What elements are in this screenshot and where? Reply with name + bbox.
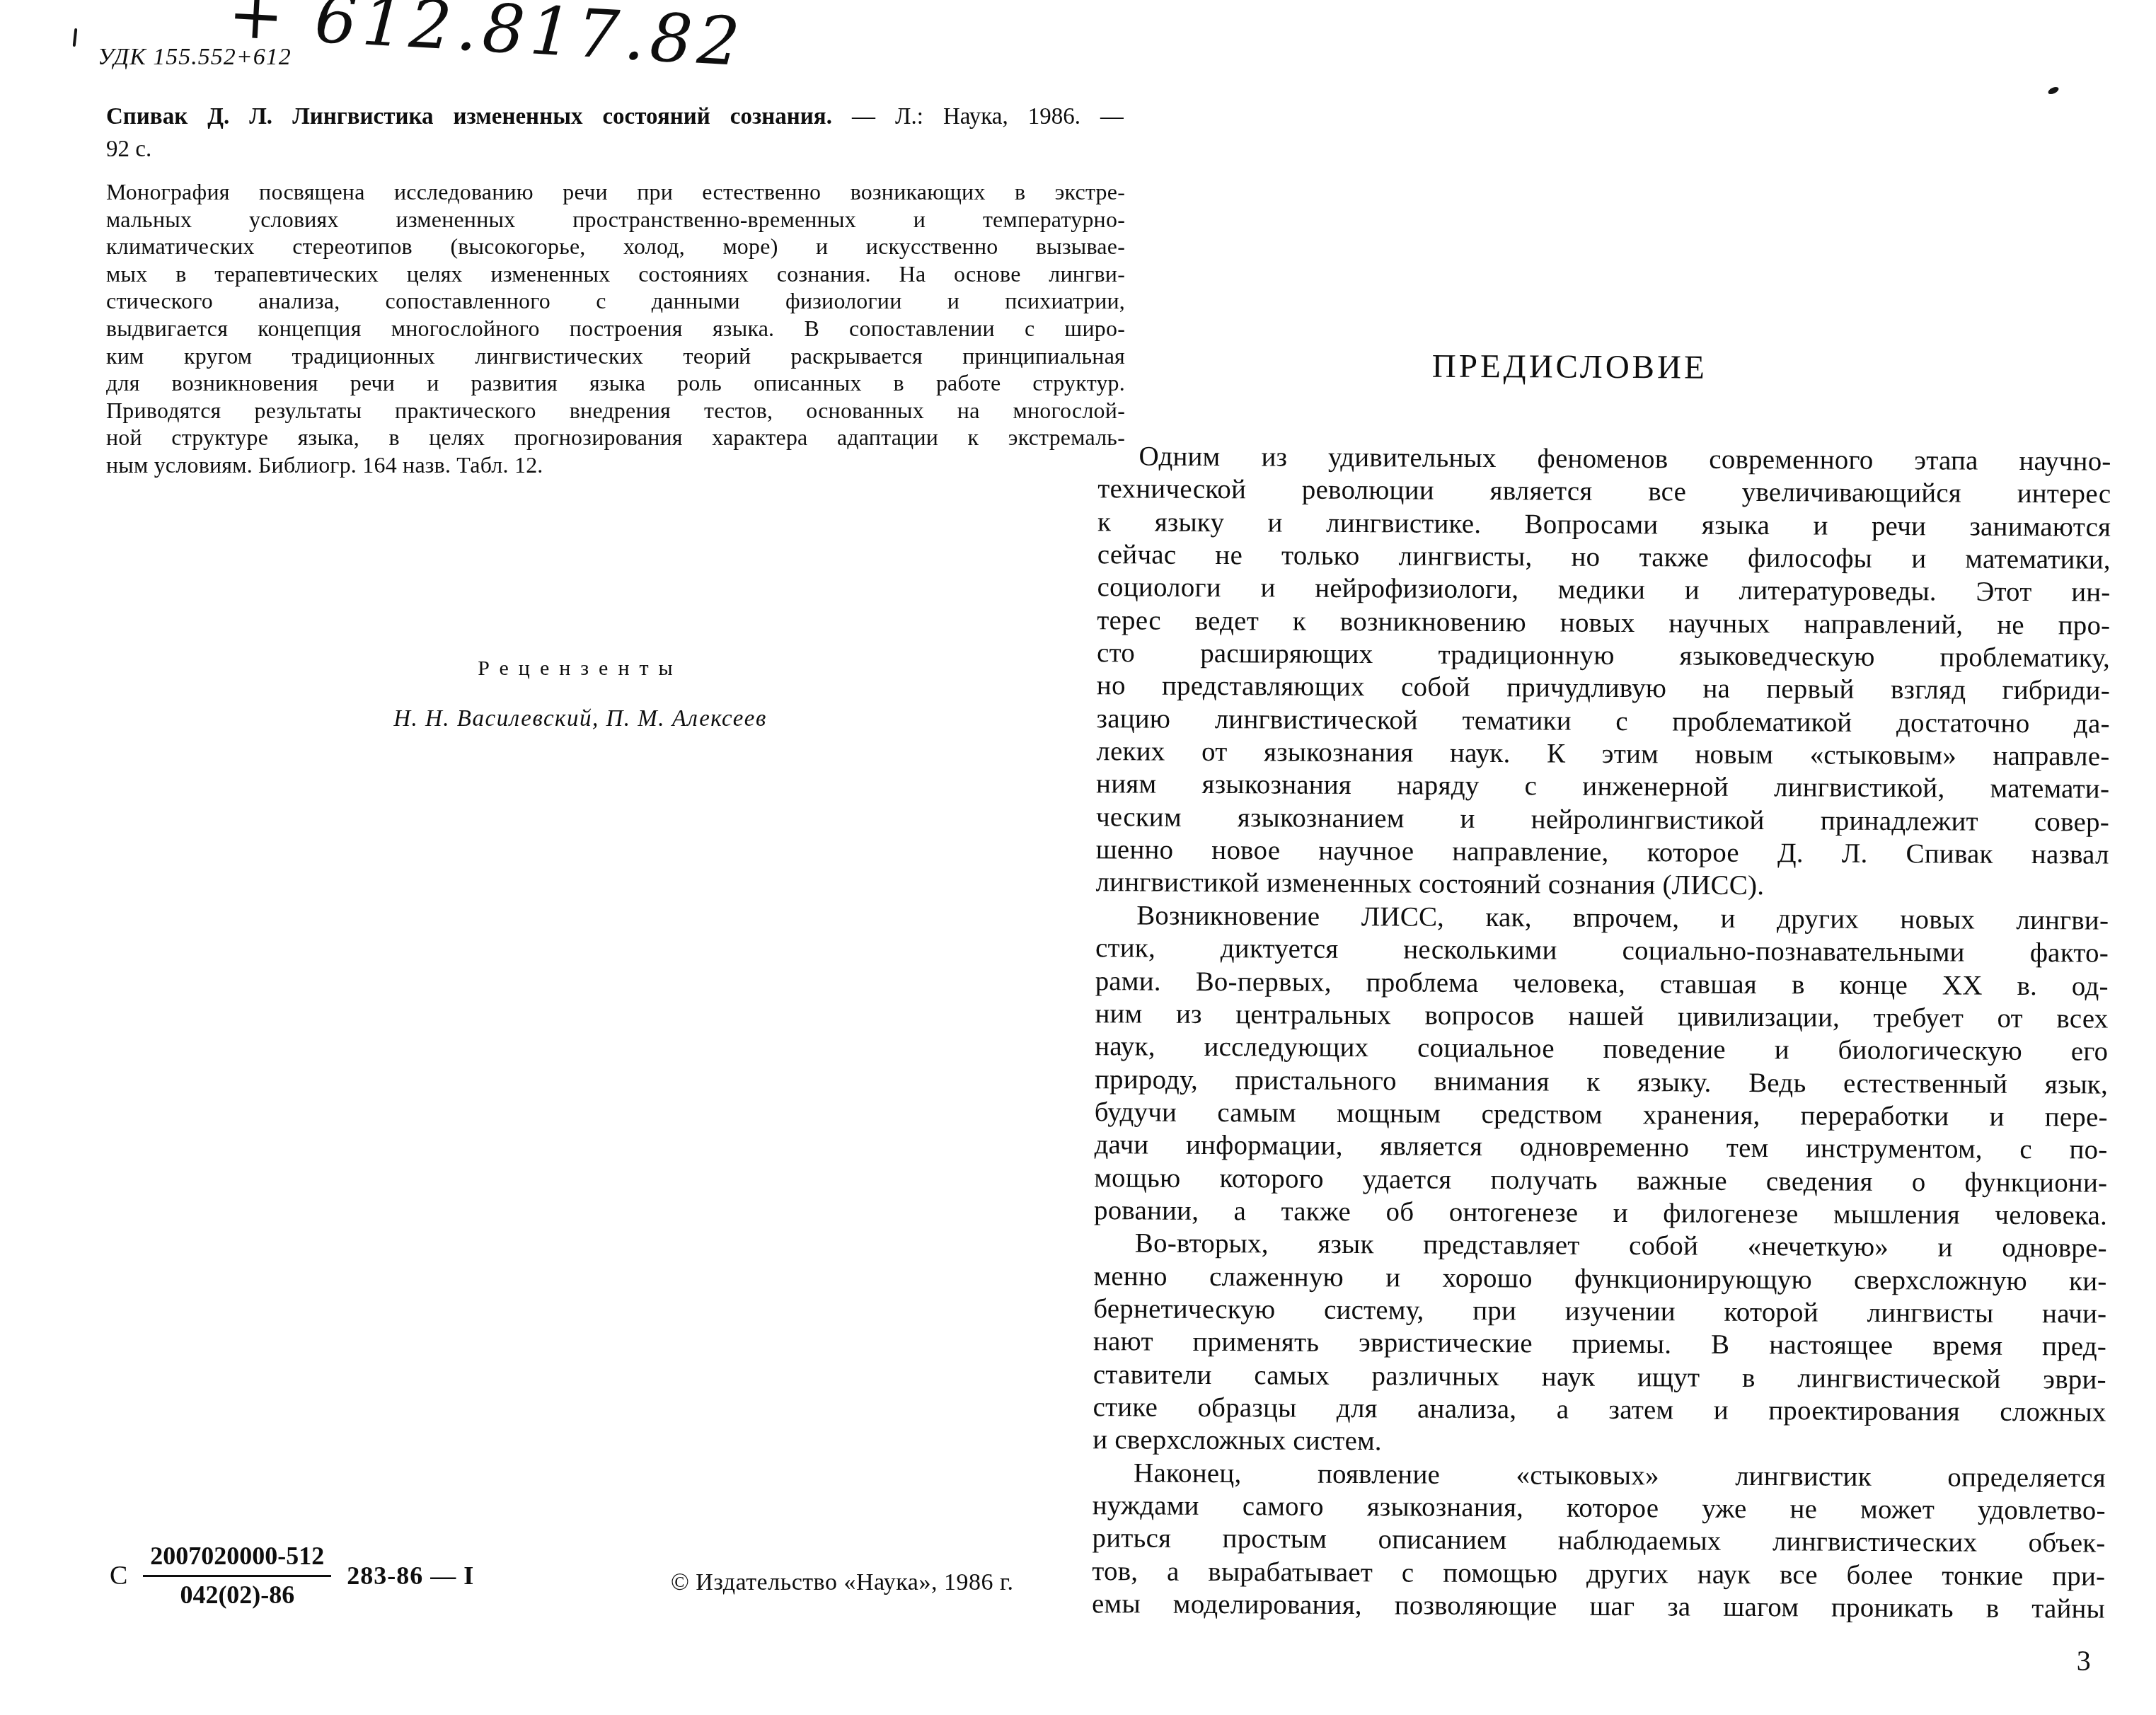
text-line: мых в терапевтических целях измененных с… [106, 260, 1125, 288]
text-line: Во-вторых, язык представляет собой «нече… [1094, 1227, 2107, 1265]
text-line: к языку и лингвистике. Вопросами языка и… [1097, 506, 2111, 544]
text-line: лингвистикой измененных состояний сознан… [1095, 867, 2109, 905]
text-line: менно слаженную и хорошо функционирующую… [1093, 1260, 2106, 1298]
text-line: сейчас не только лингвисты, но также фил… [1097, 538, 2111, 577]
text-line: Монография посвящена исследованию речи п… [106, 178, 1125, 206]
text-line: ким кругом традиционных лингвистических … [106, 342, 1125, 370]
text-line: ставители самых различных наук ищут в ли… [1093, 1358, 2106, 1397]
text-line: будучи самым мощным средством хранения, … [1095, 1096, 2108, 1134]
page-number: 3 [2077, 1644, 2091, 1677]
paragraph: Возникновение ЛИСС, как, впрочем, и друг… [1094, 899, 2109, 1232]
book-spread-scan: { "left": { "handwriting": "+ 612.817.82… [0, 0, 2156, 1715]
text-line: мальных условиях измененных пространстве… [106, 206, 1125, 233]
preface-body: Одним из удивительных феноменов современ… [1092, 440, 2111, 1626]
text-line: рами. Во-первых, проблема человека, став… [1095, 965, 2109, 1003]
paragraph: Одним из удивительных феноменов современ… [1095, 440, 2111, 904]
copyright-notice: © Издательство «Наука», 1986 г. [671, 1569, 1014, 1596]
text-line: леких от языкознания наук. К этим новым … [1096, 735, 2109, 773]
text-line: технической революции является все увели… [1097, 473, 2111, 512]
text-line: Одним из удивительных феноменов современ… [1097, 440, 2111, 478]
text-line: сто расширяющих традиционную языковедчес… [1097, 637, 2110, 675]
text-line: бернетическую систему, при изучении кото… [1093, 1293, 2106, 1331]
text-line: емы моделирования, позволяющие шаг за ша… [1092, 1588, 2105, 1626]
udk-number: УДК 155.552+612 [98, 44, 292, 71]
text-line: Возникновение ЛИСС, как, впрочем, и друг… [1095, 899, 2109, 937]
catalog-denominator: 042(02)-86 [143, 1577, 331, 1610]
text-line: стического анализа, сопоставленного с да… [106, 287, 1125, 315]
chapter-title: ПРЕДИСЛОВИЕ [1063, 345, 2076, 388]
text-line: ной структуре языка, в целях прогнозиров… [106, 424, 1125, 451]
annotation-block: Монография посвящена исследованию речи п… [106, 178, 1125, 479]
paragraph: Во-вторых, язык представляет собой «нече… [1093, 1227, 2107, 1462]
text-line: зацию лингвистической тематики с проблем… [1097, 703, 2110, 741]
text-line: ниям языкознания наряду с инженерной лин… [1096, 768, 2109, 807]
catalog-imprint: С 2007020000-512 042(02)-86 283-86 — I [110, 1541, 474, 1610]
text-line: социологи и нейрофизиологи, медики и лит… [1097, 572, 2111, 610]
text-line: климатических стереотипов (высокогорье, … [106, 233, 1125, 260]
text-line: нают применять эвристические приемы. В н… [1093, 1325, 2106, 1363]
book-author-title: Спивак Д. Л. Лингвистика измененных сост… [106, 104, 832, 129]
catalog-numerator: 2007020000-512 [143, 1541, 331, 1577]
text-line: наук, исследующих социальное поведение и… [1095, 1030, 2108, 1068]
book-imprint: — Л.: Наука, 1986. — [852, 104, 1124, 129]
text-line: 92 с. [106, 133, 1124, 166]
text-line: Приводятся результаты практического внед… [106, 397, 1125, 425]
ink-speck [73, 28, 78, 47]
text-line: мощью которого удается получать важные с… [1094, 1162, 2107, 1200]
text-line: выдвигается концепция многослойного пост… [106, 315, 1125, 342]
text-line: шенно новое научное направление, которое… [1096, 833, 2109, 872]
paragraph: Наконец, появление «стыковых» лингвистик… [1092, 1457, 2106, 1626]
text-line: Спивак Д. Л. Лингвистика измененных сост… [106, 100, 1124, 133]
text-line: риться простым описанием наблюдаемых лин… [1092, 1522, 2105, 1560]
text-line: для возникновения речи и развития языка … [106, 369, 1125, 397]
right-page: ПРЕДИСЛОВИЕ Одним из удивительных феноме… [1091, 0, 2133, 1715]
left-page: + 612.817.82 УДК 155.552+612 Спивак Д. Л… [0, 0, 1100, 1715]
text-line: терес ведет к возникновению новых научны… [1097, 604, 2110, 642]
text-line: дачи информации, является одновременно т… [1094, 1128, 2107, 1167]
handwritten-classification: + 612.817.82 [226, 0, 747, 81]
text-line: стик, диктуется несколькими социально-по… [1095, 932, 2109, 970]
order-code: 283-86 — I [347, 1561, 474, 1590]
text-line: стике образцы для анализа, а затем и про… [1093, 1391, 2106, 1429]
paragraph: Монография посвящена исследованию речи п… [106, 178, 1125, 479]
text-line: ным условиям. Библиогр. 164 назв. Табл. … [106, 451, 1125, 479]
text-line: ним из центральных вопросов нашей цивили… [1095, 998, 2108, 1036]
text-line: но представляющих собой причудливую на п… [1097, 670, 2110, 708]
text-line: ровании, а также об онтогенезе и филоген… [1094, 1194, 2107, 1232]
reviewers-heading: Рецензенты [106, 657, 1054, 681]
bibliographic-record: Спивак Д. Л. Лингвистика измененных сост… [106, 100, 1124, 166]
text-line: ческим языкознанием и нейролингвистикой … [1096, 801, 2109, 839]
text-line: тов, а вырабатывает с помощью других нау… [1092, 1555, 2105, 1593]
classification-letter: С [110, 1560, 127, 1591]
text-line: нуждами самого языкознания, которое уже … [1093, 1489, 2106, 1528]
text-line: природу, пристального внимания к языку. … [1095, 1063, 2108, 1102]
text-line: Наконец, появление «стыковых» лингвистик… [1093, 1457, 2106, 1495]
catalog-fraction: 2007020000-512 042(02)-86 [143, 1541, 331, 1610]
text-line: и сверхсложных систем. [1093, 1424, 2106, 1462]
reviewers-names: Н. Н. Василевский, П. М. Алексеев [106, 706, 1054, 732]
